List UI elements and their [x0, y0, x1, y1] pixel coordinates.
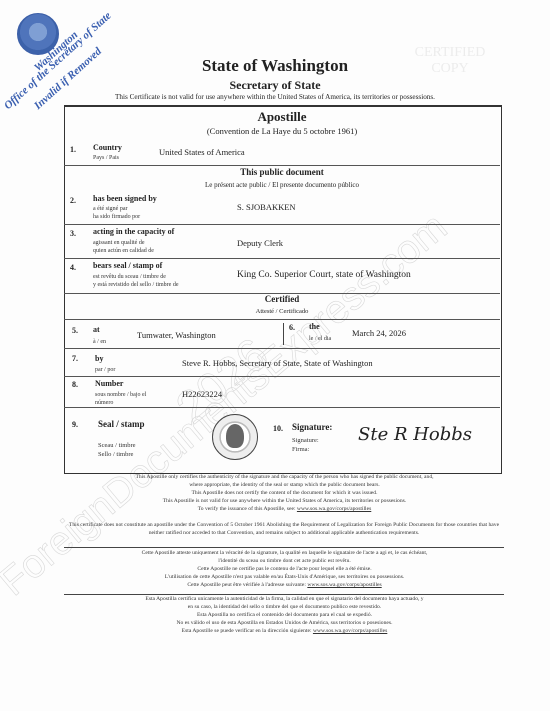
page-subtitle: Secretary of State	[0, 78, 550, 93]
public-document-heading: This public document	[64, 167, 500, 177]
field-3-number: 3.	[70, 229, 76, 238]
french-notes: Cette Apostille atteste uniquement la vé…	[62, 549, 507, 589]
apostille-convention: (Convention de La Haye du 5 octobre 1961…	[64, 126, 500, 136]
field-1-sub: Pays / Pais	[93, 154, 119, 162]
field-5-sub: à / en	[93, 338, 106, 346]
field-8-sub: sous nombre / bajo el número	[95, 391, 146, 407]
field-5-number: 5.	[72, 326, 78, 335]
field-5-value: Tumwater, Washington	[137, 330, 216, 340]
field-4-value: King Co. Superior Court, state of Washin…	[237, 270, 411, 280]
apostille-title: Apostille	[64, 109, 500, 125]
state-of-washington-seal-icon	[212, 414, 258, 460]
field-7-number: 7.	[72, 354, 78, 363]
field-9-sub: Sceau / timbre Sello / timbre	[98, 441, 136, 459]
verify-link-es[interactable]: www.sos.wa.gov/corps/apostilles	[313, 628, 387, 634]
field-7-sub: par / por	[95, 366, 115, 374]
convention-note: This certificate does not constitute an …	[64, 521, 504, 537]
field-1-value: United States of America	[159, 147, 245, 157]
field-10-number: 10.	[273, 424, 283, 433]
field-4-number: 4.	[70, 263, 76, 272]
field-10-sub: Signature: Firma:	[292, 436, 319, 454]
field-3-sub: agissant en qualité de quien actún en ca…	[93, 239, 154, 255]
field-8-value: H22623224	[182, 389, 222, 399]
field-3-value: Deputy Clerk	[237, 238, 283, 248]
spanish-notes: Esta Apostilla certifica unicamente la a…	[62, 595, 507, 635]
field-2-value: S. SJOBAKKEN	[237, 202, 296, 212]
field-2-label: has been signed by	[93, 194, 157, 203]
field-8-label: Number	[95, 379, 123, 388]
not-valid-notice: This Certificate is not valid for use an…	[0, 93, 550, 101]
field-5-label: at	[93, 325, 100, 334]
public-document-sub: Le présent acte public / El presente doc…	[64, 181, 500, 189]
field-4-sub: est revêtu du sceau / timbre de y está r…	[93, 273, 178, 289]
field-7-value: Steve R. Hobbs, Secretary of State, Stat…	[182, 358, 373, 368]
field-6-sub: le / el dia	[309, 335, 331, 343]
field-4-label: bears seal / stamp of	[93, 261, 162, 270]
field-1-number: 1.	[70, 145, 76, 154]
field-3-label: acting in the capacity of	[93, 227, 174, 236]
certified-sub: Attesté / Certificado	[64, 308, 500, 315]
field-2-number: 2.	[70, 196, 76, 205]
page-title: State of Washington	[0, 56, 550, 76]
verify-link-en[interactable]: www.sos.wa.gov/corps/apostilles	[297, 506, 371, 512]
field-1-label: Country	[93, 143, 122, 152]
certified-heading: Certified	[64, 294, 500, 304]
english-notes: This Apostille only certifies the authen…	[62, 473, 507, 513]
signature-image: Ste R Hobbs	[358, 424, 472, 445]
verify-link-fr[interactable]: www.sos.wa.gov/corps/apostilles	[307, 582, 381, 588]
field-6-number: 6.	[289, 323, 295, 332]
field-9-label: Seal / stamp	[98, 419, 145, 429]
field-2-sub: a été signé par ha sido firmado por	[93, 205, 140, 221]
field-8-number: 8.	[72, 380, 78, 389]
field-divider	[283, 323, 284, 345]
field-7-label: by	[95, 354, 103, 363]
field-6-label: the	[309, 322, 320, 331]
field-9-number: 9.	[72, 420, 78, 429]
field-10-label: Signature:	[292, 422, 332, 432]
field-6-value: March 24, 2026	[352, 328, 406, 338]
